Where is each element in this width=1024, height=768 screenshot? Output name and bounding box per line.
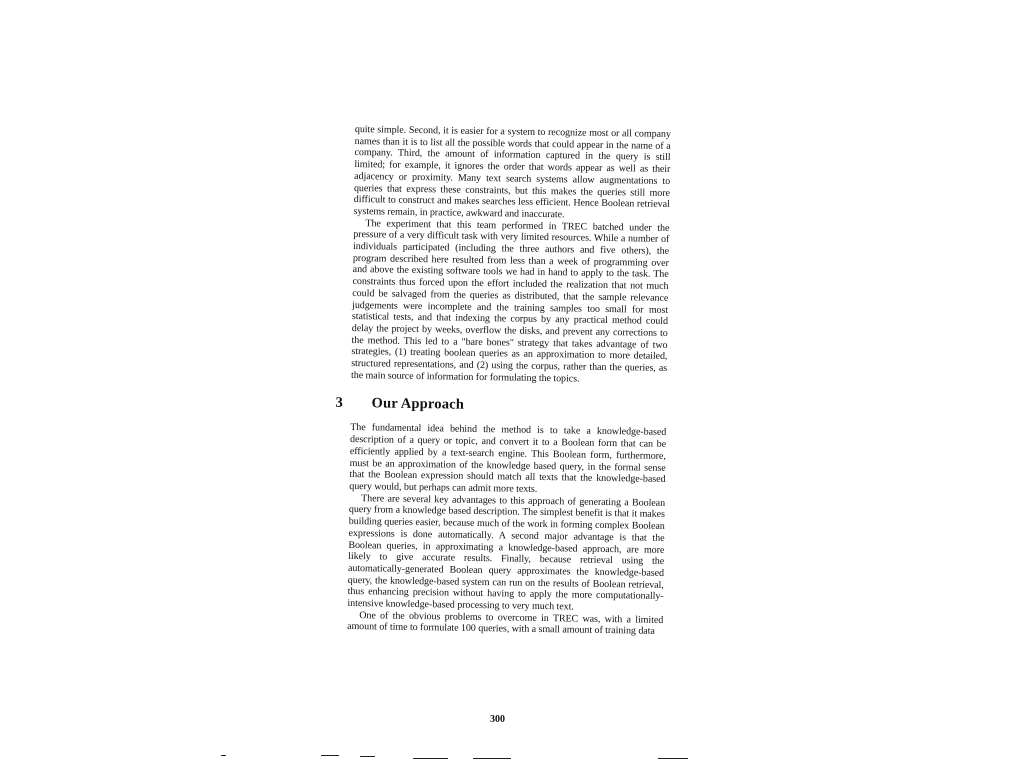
section-heading: 3Our Approach: [335, 395, 666, 417]
scan-artifact: [658, 758, 688, 759]
document-page: quite simple. Second, it is easier for a…: [347, 124, 671, 638]
paragraph: The fundamental idea behind the method i…: [349, 422, 666, 497]
scan-artifact: [413, 758, 448, 759]
scan-artifact: [321, 755, 339, 756]
scan-artifact: [221, 755, 226, 756]
paragraph: One of the obvious problems to overcome …: [347, 610, 663, 638]
paragraph: There are several key advantages to this…: [347, 493, 665, 615]
scan-artifact: [360, 756, 375, 757]
paragraph: The experiment that this team performed …: [351, 218, 670, 387]
scan-artifact: [473, 758, 511, 759]
section-number: 3: [335, 395, 371, 413]
paragraph: quite simple. Second, it is easier for a…: [354, 124, 671, 223]
page-number: 300: [490, 714, 505, 725]
section-title: Our Approach: [371, 396, 464, 413]
